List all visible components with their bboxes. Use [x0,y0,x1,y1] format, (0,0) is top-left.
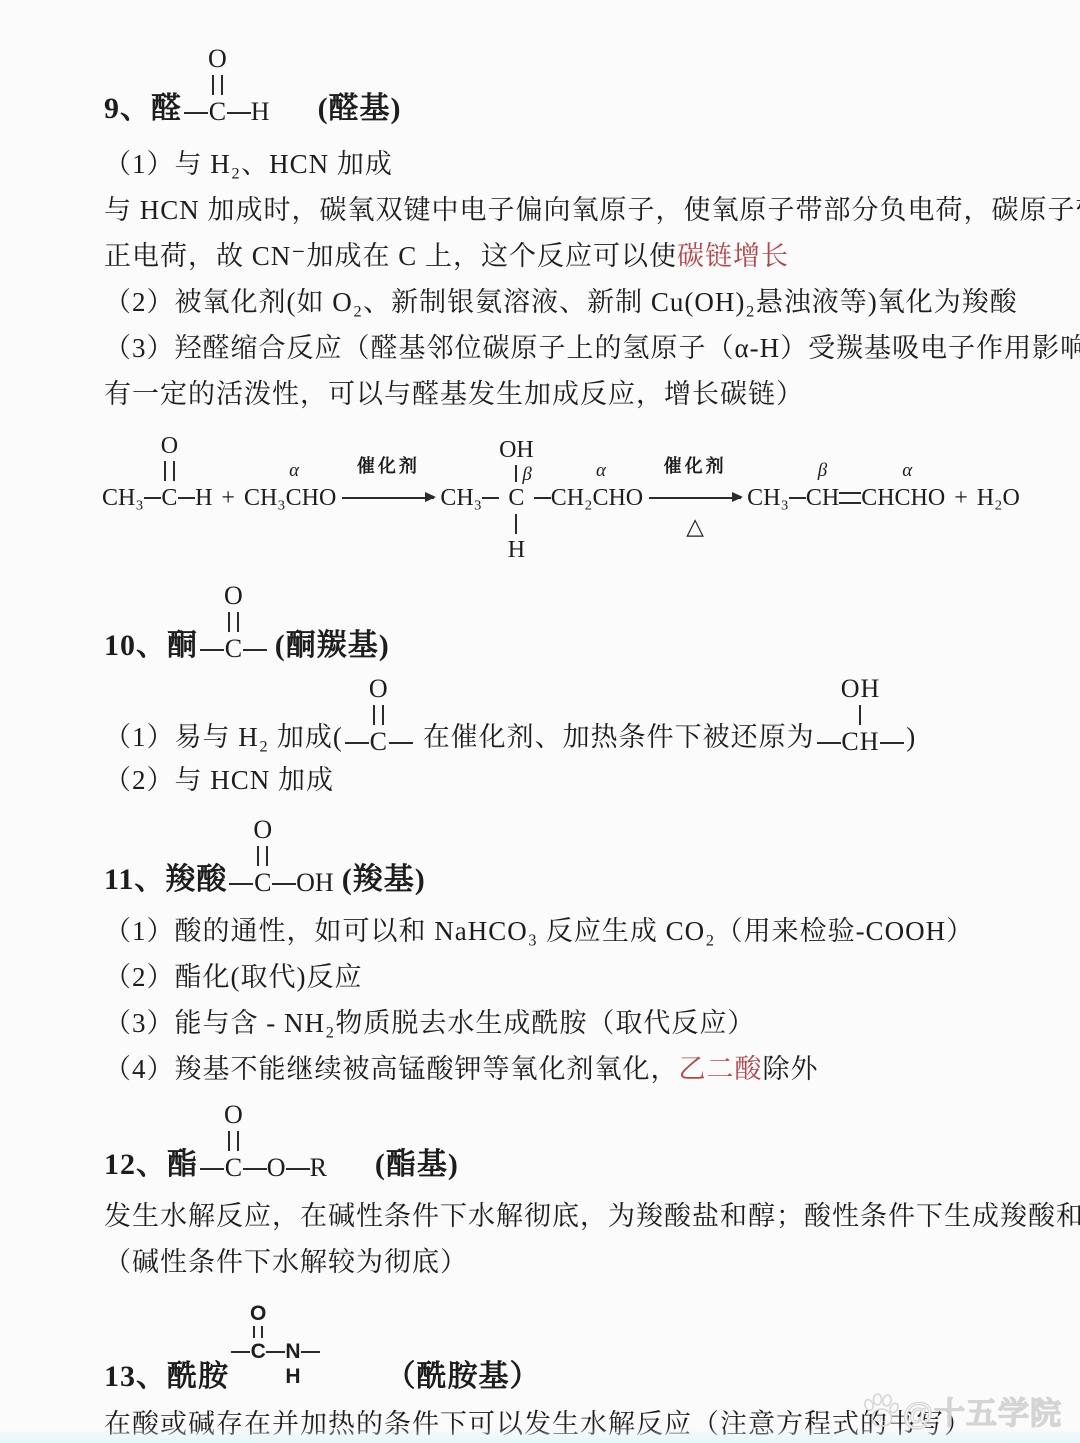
section-10-heading: 10、酮 O C (酮羰基) [104,581,1000,664]
single-bond [817,742,841,744]
hydrogen-atom: H [195,484,212,512]
carbonyl-stack: O C [224,1100,243,1183]
s10-item-2: （2）与 HCN 加成 [104,757,1000,803]
catalyst-label: 催化剂 [664,452,727,478]
s12-paragraph-line-2: （碱性条件下水解较为彻底） [104,1239,1000,1285]
reaction-arrow-2: 催化剂 △ [649,431,741,565]
s9-paragraph-line-1: 与 HCN 加成时，碳氧双键中电子偏向氧原子，使氧原子带部分负电荷，碳原子带部分 [104,187,1000,233]
text-segment: 发生水解反应，在碱性条件下水解彻底，为羧酸盐和醇；酸性条件下生成羧酸和醇 [104,1196,1080,1236]
double-bond [257,846,268,866]
section-11-heading: 11、羧酸 O C OH (羧基) [104,815,1000,898]
text-segment: （4）羧基不能继续被高锰酸钾等氧化剂氧化， [104,1049,679,1089]
alpha-chcho: α CHCHO [861,431,945,513]
carbon-atom: C [225,634,242,664]
carbon-atom: C [225,1153,242,1183]
double-bond-horizontal [839,492,861,504]
single-bond [389,742,413,744]
carbonyl-carbon: O C [161,431,178,513]
arrow [649,497,741,499]
ester-oxygen-atom: O [267,1153,286,1183]
hydrogen-atom: H [285,1365,300,1389]
water-formula: H₂O [977,484,1020,512]
double-bond [373,705,384,725]
single-bond [515,465,517,482]
watermark: du @十五学院 [860,1388,1062,1433]
section-12-group-label: (酯基) [375,1147,459,1183]
hydrogen-atom: H [508,536,525,564]
highlighted-text: 碳链增长 [677,236,789,276]
beta-carbon: OH β C H [499,431,534,565]
plus-sign: + [954,484,968,512]
reactant-2: α CH₃CHO [244,431,336,513]
section-9-heading: 9、醛 O C H (醛基) [104,44,1000,127]
carbonyl-carbon: O C [250,1299,266,1365]
single-bond [243,649,267,651]
section-13-number: 13、 [104,1359,167,1395]
carbon-atom: C [370,727,388,757]
text-segment: （1）与 H₂、HCN 加成 [104,144,393,184]
double-bond [228,612,239,632]
alcohol-inline-structure: OHCH [817,674,905,757]
s9-item-3-line-1: （3）羟醛缩合反应（醛基邻位碳原子上的氢原子（α-H）受羰基吸电子作用影响，具 [104,325,1000,371]
carbonyl-inline-structure: OC [345,674,413,757]
double-bond [164,461,175,481]
s11-item-1: （1）酸的通性，如可以和 NaHCO₃ 反应生成 CO₂（用来检验-COOH） [104,908,1000,954]
catalyst-label: 催化剂 [357,452,420,478]
reactant-1: CH₃ [102,431,144,513]
methyl-group: CH₃ [440,484,482,512]
carbon-atom: C [161,484,177,512]
alpha-label: α [902,460,912,482]
single-bond [227,112,251,114]
aldehyde-group-structure: O C H [184,44,270,127]
alpha-label: α [289,460,299,482]
section-9-title: 醛 [151,91,182,127]
document-page: 9、醛 O C H (醛基) （1）与 H₂、HCN 加成 与 HCN 加成时，… [0,0,1080,1443]
s10-item-1-text-1: （1）易与 H₂ 加成( [104,717,343,757]
carbonyl-stack: O C [208,44,227,127]
arrow [342,497,434,499]
section-9-group-label: (醛基) [318,91,402,127]
s11-item-4: （4）羧基不能继续被高锰酸钾等氧化剂氧化，乙二酸除外 [104,1046,1000,1092]
single-bond [534,497,551,499]
single-bond [200,649,224,651]
carboxyl-group-structure: O C OH [229,815,333,898]
vertical-bond-with-beta: β [515,464,517,483]
s10-item-1-text-3: ) [906,717,916,757]
carbon-atom: C [254,868,271,898]
text-segment: 正电荷，故 CN⁻加成在 C 上，这个反应可以使 [104,236,677,276]
text-segment: （3）能与含 - NH₂物质脱去水生成酰胺（取代反应） [104,1003,755,1043]
nitrogen-atom: N [285,1340,300,1364]
acetaldehyde-formula: CH₃CHO [244,484,336,512]
section-10-title: 酮 [167,628,198,664]
single-bond [266,1351,285,1353]
section-10-group-label: (酮羰基) [275,628,390,664]
s12-paragraph-line-1: 发生水解反应，在碱性条件下水解彻底，为羧酸盐和醇；酸性条件下生成羧酸和醇 [104,1193,1000,1239]
section-11-title: 羧酸 [165,862,227,898]
s11-item-2: （2）酯化(取代)反应 [104,954,1000,1000]
single-bond [200,1168,224,1170]
hydrogen-atom: H [251,97,270,127]
text-segment: 有一定的活泼性，可以与醛基发生加成反应，增长碳链） [104,374,804,414]
chain-formula: CH₂CHO [551,484,643,512]
section-13-title: 酰胺 [167,1359,229,1395]
s9-item-3-line-2: 有一定的活泼性，可以与醛基发生加成反应，增长碳链） [104,371,1000,417]
single-bond [859,705,861,725]
single-bond [789,497,806,499]
text-segment: 除外 [763,1049,819,1089]
ch-group: CH [841,727,879,757]
double-bond [228,1131,239,1151]
single-bond [515,514,517,534]
oxygen-atom: O [224,1100,243,1130]
section-9-number: 9、 [104,91,151,127]
s11-item-3: （3）能与含 - NH₂物质脱去水生成酰胺（取代反应） [104,1000,1000,1046]
text-segment: 与 HCN 加成时，碳氧双键中电子偏向氧原子，使氧原子带部分负电荷，碳原子带部分 [104,190,1080,230]
section-12-heading: 12、酯 O C O R (酯基) [104,1100,1000,1183]
carbonyl-stack: O C [253,815,272,898]
s10-item-1: （1）易与 H₂ 加成( OC 在催化剂、加热条件下被还原为 OHCH ) [104,674,1000,757]
section-11-number: 11、 [104,862,165,898]
beta-label: β [818,460,827,482]
section-10-number: 10、 [104,628,167,664]
amide-group-structure: O C N H [231,1299,320,1395]
r-group: R [310,1153,327,1183]
oxygen-atom: O [208,44,227,74]
amide-nitrogen: N H [285,1299,300,1395]
single-bond [482,497,499,499]
section-13-heading: 13、酰胺 O C N H （酰胺基） [104,1299,1000,1395]
document-content: 9、醛 O C H (醛基) （1）与 H₂、HCN 加成 与 HCN 加成时，… [0,0,1080,1443]
oxygen-atom: O [224,581,243,611]
aldol-condensation-equation: CH₃ O C H + α CH₃CHO 催化剂 CH₃ OH β C [102,431,1000,565]
single-bond [144,497,161,499]
alpha-chain: α CH₂CHO [551,431,643,513]
carbonyl-stack: O C [224,581,243,664]
double-bond [253,1326,263,1338]
s9-item-1: （1）与 H₂、HCN 加成 [104,141,1000,187]
hydroxyl-group: OH [296,868,334,898]
single-bond [880,742,904,744]
plus-sign: + [221,484,235,512]
carbon-atom: C [251,1340,266,1364]
s9-item-2: （2）被氧化剂(如 O₂、新制银氨溶液、新制 Cu(OH)₂悬浊液等)氧化为羧酸 [104,279,1000,325]
beta-ch: β CH [806,431,839,513]
methyl-group: CH₃ [102,484,144,512]
text-segment: （1）酸的通性，如可以和 NaHCO₃ 反应生成 CO₂（用来检验-COOH） [104,911,974,951]
single-bond [272,883,296,885]
chcho-group: CHCHO [861,484,945,512]
hydroxyl-group: OH [499,436,534,464]
highlighted-text: 乙二酸 [679,1049,763,1089]
baidu-paw-icon: du [860,1392,902,1430]
s9-paragraph-line-2: 正电荷，故 CN⁻加成在 C 上，这个反应可以使碳链增长 [104,233,1000,279]
text-segment: （碱性条件下水解较为彻底） [104,1242,468,1282]
single-bond [178,497,195,499]
section-12-number: 12、 [104,1147,167,1183]
carbon-atom: C [508,484,524,512]
single-bond [184,112,208,114]
oxygen-atom: O [253,815,272,845]
section-12-title: 酯 [167,1147,198,1183]
ketone-group-structure: O C [200,581,267,664]
text-segment: （3）羟醛缩合反应（醛基邻位碳原子上的氢原子（α-H）受羰基吸电子作用影响，具 [104,328,1080,368]
beta-label: β [522,464,531,486]
text-segment: （2）与 HCN 加成 [104,760,334,800]
s10-item-1-text-2: 在催化剂、加热条件下被还原为 [423,717,815,757]
methyl-group: CH₃ [747,484,789,512]
single-bond [286,1168,310,1170]
alpha-label: α [596,460,606,482]
paw-icon-text: du [877,1415,886,1424]
hydroxyl-group: OH [841,674,881,704]
ch-group: CH [806,484,839,512]
double-bond [212,75,223,95]
oxygen-atom: O [161,432,178,460]
single-bond [301,1351,320,1353]
watermark-handle: @十五学院 [903,1388,1062,1433]
single-bond [243,1168,267,1170]
text-segment: （2）被氧化剂(如 O₂、新制银氨溶液、新制 Cu(OH)₂悬浊液等)氧化为羧酸 [104,282,1018,322]
single-bond [231,1351,250,1353]
text-segment: （2）酯化(取代)反应 [104,957,362,997]
single-bond [345,742,369,744]
section-11-group-label: (羧基) [342,862,426,898]
reaction-arrow-1: 催化剂 [342,431,434,513]
carbon-atom: C [209,97,226,127]
ester-group-structure: O C O R [200,1100,327,1183]
section-13-group-label: （酰胺基） [386,1359,541,1395]
oxygen-atom: O [369,674,389,704]
single-bond [229,883,253,885]
oxygen-atom: O [250,1302,266,1326]
heat-delta-symbol: △ [686,514,704,540]
